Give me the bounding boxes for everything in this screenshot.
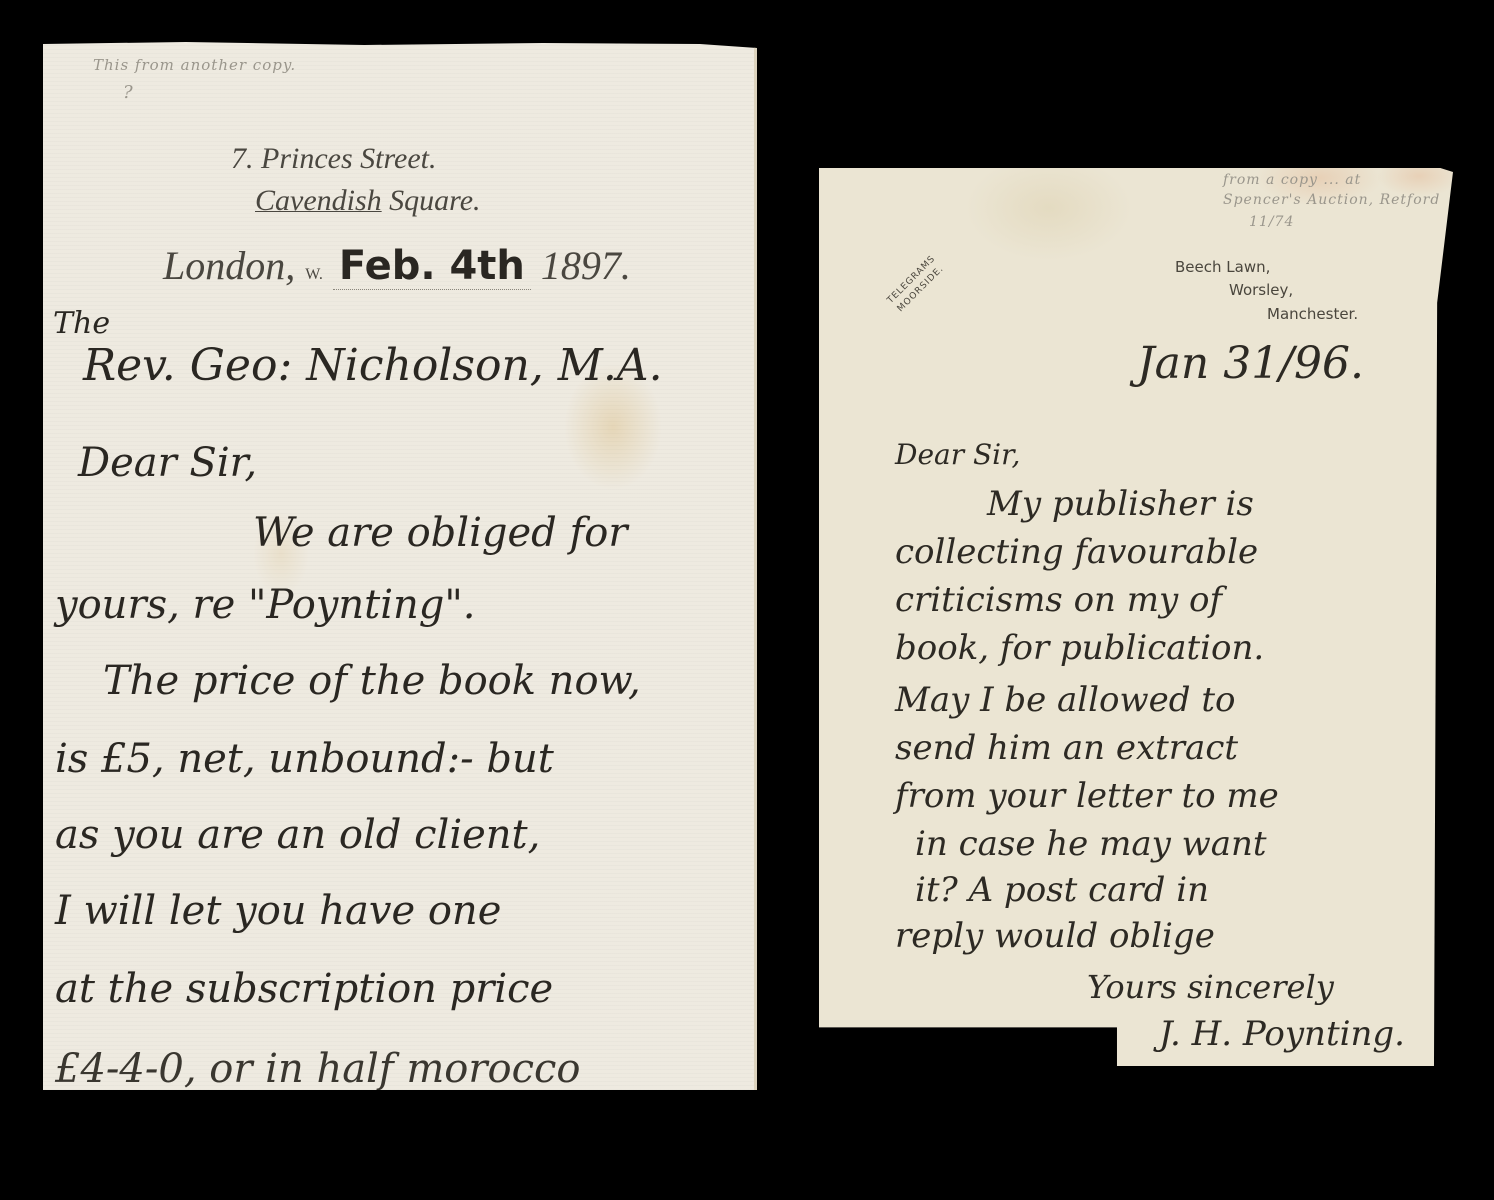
salutation: Dear Sir, [895,438,1020,471]
body-line: My publisher is [987,484,1254,524]
body-line: at the subscription price [55,966,553,1012]
body-line: send him an extract [895,728,1238,768]
recipient-name: Rev. Geo: Nicholson, M.A. [83,340,663,391]
salutation: Dear Sir, [78,440,257,486]
body-line: book, for publication. [895,628,1264,668]
date-handwritten: Feb. 4th [333,243,531,290]
letter-1896: from a copy ... at Spencer's Auction, Re… [819,168,1453,1066]
address-line: Beech Lawn, [1175,258,1270,276]
letter-date: Jan 31/96. [1137,338,1364,389]
address-line: Manchester. [1267,305,1358,323]
pencil-annotation-line: Spencer's Auction, Retford [1223,192,1440,208]
letterhead-cavendish: Cavendish [255,184,382,217]
body-line: The price of the book now, [103,658,641,704]
letter-1897: This from another copy. ? 7. Princes Str… [43,42,757,1090]
letterhead-city: London, [163,243,295,288]
body-line: is £5, net, unbound:- but [55,736,554,782]
body-line: £4-4-0, or in half morocco [55,1046,580,1092]
body-line: from your letter to me [895,776,1279,816]
letterhead-district: W. [305,266,323,283]
signature: J. H. Poynting. [1159,1014,1405,1054]
telegrams-stamp: TELEGRAMS MOORSIDE. [885,253,948,316]
body-line: reply would oblige [895,916,1215,956]
recipient-prefix: The [53,306,110,341]
body-line: We are obliged for [253,510,627,556]
body-line: May I be allowed to [895,680,1235,720]
body-line: it? A post card in [915,870,1209,910]
letterhead-square: Cavendish Square. [255,184,481,218]
body-line: yours, re "Poynting". [55,582,476,628]
pencil-annotation-line: from a copy ... at [1223,172,1361,188]
closing: Yours sincerely [1087,968,1334,1006]
letterhead-city-line: London, W. Feb. 4th 1897. [163,242,631,289]
pencil-annotation: This from another copy. [93,56,296,74]
letterhead-street: 7. Princes Street. [231,142,437,176]
letterhead-year: 1897. [541,243,631,288]
body-line: as you are an old client, [55,812,540,858]
body-line: in case he may want [915,824,1267,864]
body-line: I will let you have one [55,888,501,934]
body-line: criticisms on my of [895,580,1222,620]
pencil-mark: ? [123,82,134,103]
pencil-annotation-line: 11/74 [1249,214,1294,230]
body-line: collecting favourable [895,532,1258,572]
letterhead-square-word: Square. [389,184,480,217]
address-line: Worsley, [1229,281,1293,299]
